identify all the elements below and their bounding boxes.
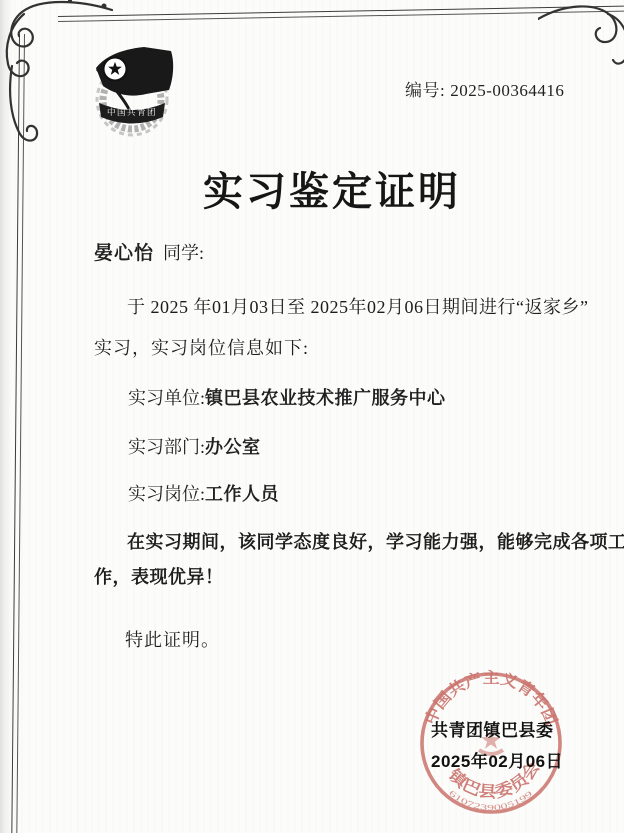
student-name: 晏心怡 [94,243,154,264]
field-label: 实习单位: [128,388,205,408]
certificate-page: 中国共青团 编号:2025-00364416 实习鉴定证明 晏心怡同学: 于 2… [0,0,624,833]
field-value: 镇巴县农业技术推广服务中心 [205,388,446,408]
salutation: 同学: [163,243,204,263]
field-value: 办公室 [205,437,261,457]
intro-line-2: 实习，实习岗位信息如下: [94,334,309,360]
cyl-emblem-icon: 中国共青团 [84,42,180,138]
serial-value: 2025-00364416 [450,81,564,100]
issue-date: 2025年02月06日 [431,747,563,772]
evaluation-line-2: 作，表现优异！ [94,563,224,589]
issuer-org: 共青团镇巴县委 [431,716,563,741]
field-row-unit: 实习单位:镇巴县农业技术推广服务中心 [128,384,446,410]
corner-flourish-top-right-icon [538,0,624,69]
serial-number-line: 编号:2025-00364416 [405,76,564,101]
greeting-line: 晏心怡同学: [94,238,204,265]
field-row-department: 实习部门:办公室 [128,433,261,459]
field-value: 工作人员 [205,484,279,504]
certificate-title: 实习鉴定证明 [50,160,614,217]
intro-line-1: 于 2025 年01月03日至 2025年02月06日期间进行“返家乡” [127,293,588,319]
closing-statement: 特此证明。 [125,626,220,652]
field-label: 实习部门: [128,437,205,457]
page-border-left [11,34,24,833]
field-label: 实习岗位: [128,484,205,504]
issuer-block: 共青团镇巴县委 2025年02月06日 [431,716,563,772]
field-row-position: 实习岗位:工作人员 [128,480,279,506]
serial-label: 编号: [405,81,445,100]
emblem-banner-text: 中国共青团 [107,107,157,117]
evaluation-line-1: 在实习期间，该同学态度良好，学习能力强，能够完成各项工 [127,528,624,554]
